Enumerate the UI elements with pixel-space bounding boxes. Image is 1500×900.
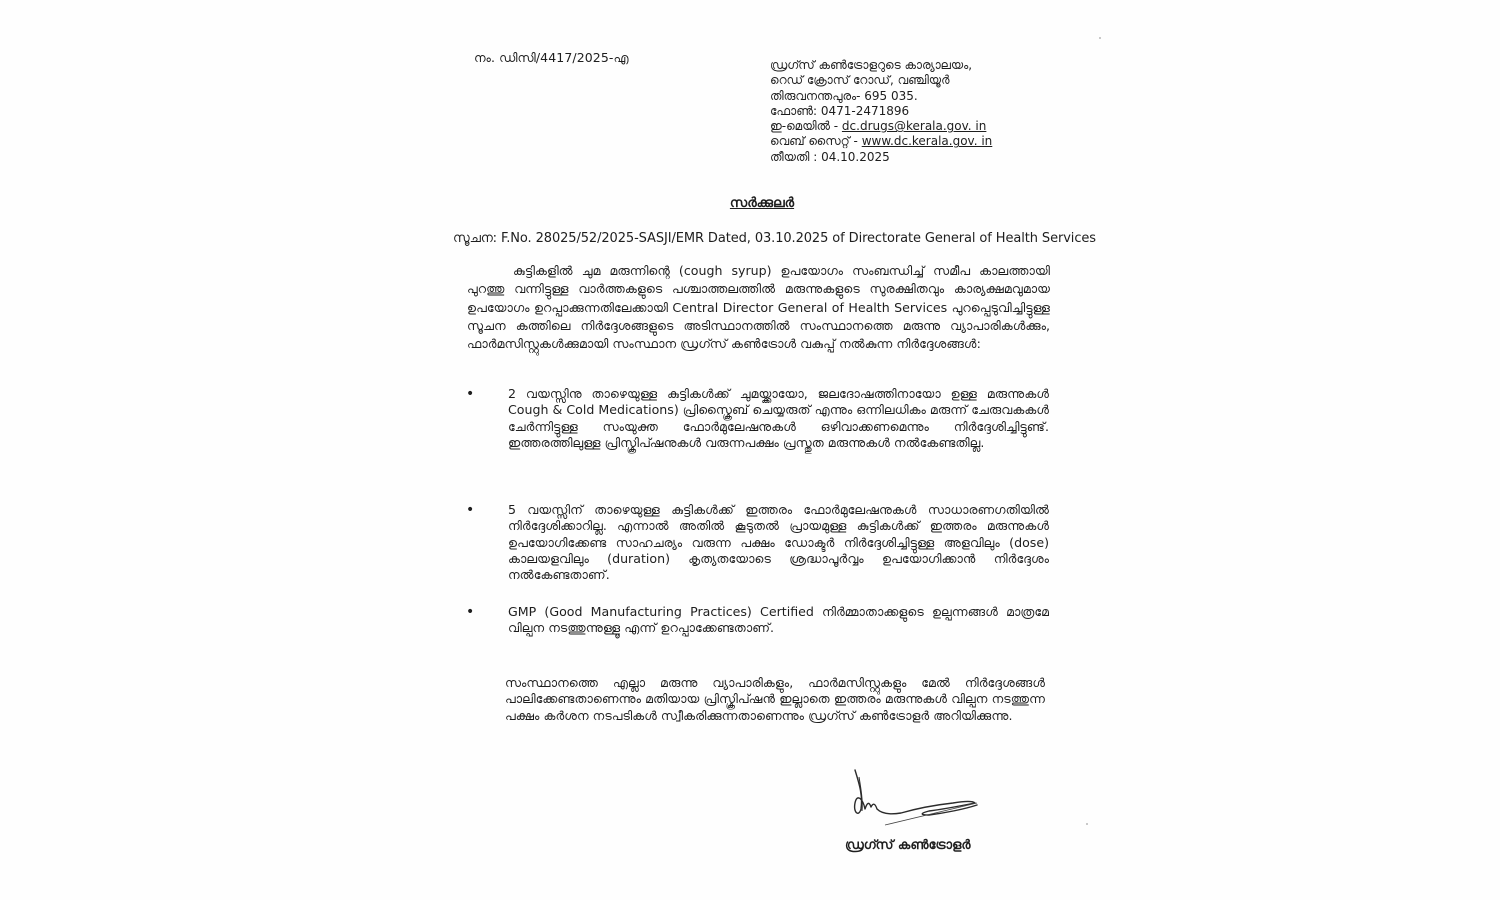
reference-line: സൂചന: F.No. 28025/52/2025-SASJI/EMR Date… xyxy=(453,231,1096,246)
office-address-line: ഡ്രഗ്സ് കൺട്രോളറുടെ കാര്യാലയം, xyxy=(770,58,992,73)
instruction-text: 2 വയസ്സിനു താഴെയുള്ള കുട്ടികൾക്ക് ചുമയ്ക… xyxy=(508,386,1049,451)
circular-page: നം. ഡിസി/4417/2025-എ ഡ്രഗ്സ് കൺട്രോളറുടെ… xyxy=(0,0,1500,900)
reference-number: നം. ഡിസി/4417/2025-എ xyxy=(474,50,629,66)
document-date: തീയതി : 04.10.2025 xyxy=(770,150,992,165)
website-link[interactable]: www.dc.kerala.gov. in xyxy=(862,134,993,148)
closing-paragraph: സംസ്ഥാനത്തെ എല്ലാ മരുന്നു വ്യാപാരികളും, … xyxy=(505,675,1045,724)
office-address-line: റെഡ് ക്രോസ് റോഡ്, വഞ്ചിയൂർ xyxy=(770,73,992,88)
office-email-row: ഇ-മെയിൽ - dc.drugs@kerala.gov. in xyxy=(770,119,992,134)
instruction-item: • GMP (Good Manufacturing Practices) Cer… xyxy=(466,604,1051,637)
instruction-text: GMP (Good Manufacturing Practices) Certi… xyxy=(508,604,1049,637)
email-link[interactable]: dc.drugs@kerala.gov. in xyxy=(842,119,986,133)
bullet-icon: • xyxy=(466,386,474,402)
signatory-designation: ഡ്രഗ്സ് കൺട്രോളർ xyxy=(845,838,970,853)
scan-speck xyxy=(1086,823,1088,825)
office-address-block: ഡ്രഗ്സ് കൺട്രോളറുടെ കാര്യാലയം, റെഡ് ക്രോ… xyxy=(770,58,992,165)
instruction-item: • 5 വയസ്സിന് താഴെയുള്ള കുട്ടികൾക്ക് ഇത്ത… xyxy=(466,502,1051,583)
circular-title: സർക്കുലർ xyxy=(730,195,794,211)
office-phone: ഫോൺ: 0471-2471896 xyxy=(770,104,992,119)
website-label: വെബ് സൈറ്റ് - xyxy=(770,134,862,148)
office-website-row: വെബ് സൈറ്റ് - www.dc.kerala.gov. in xyxy=(770,134,992,149)
scan-speck xyxy=(1099,37,1101,39)
circular-title-row: സർക്കുലർ xyxy=(0,195,1500,211)
instruction-text: 5 വയസ്സിന് താഴെയുള്ള കുട്ടികൾക്ക് ഇത്തരം… xyxy=(508,502,1049,583)
email-label: ഇ-മെയിൽ - xyxy=(770,119,842,133)
instruction-item: • 2 വയസ്സിനു താഴെയുള്ള കുട്ടികൾക്ക് ചുമയ… xyxy=(466,386,1051,451)
bullet-icon: • xyxy=(466,502,474,518)
signature-icon xyxy=(845,765,985,830)
bullet-icon: • xyxy=(466,604,474,620)
intro-paragraph: കുട്ടികളിൽ ചുമ മരുന്നിന്റെ (cough syrup)… xyxy=(467,262,1050,353)
office-address-line: തിരുവനന്തപുരം- 695 035. xyxy=(770,89,992,104)
